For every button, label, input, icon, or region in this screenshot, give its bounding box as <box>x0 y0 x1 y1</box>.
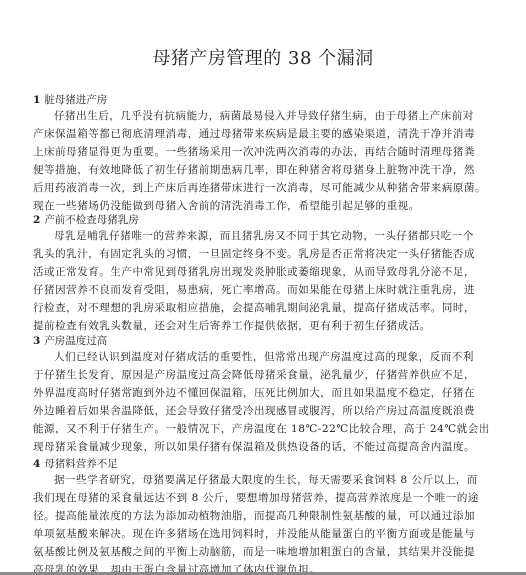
paragraph-line: 我们现在母猪的采食量远达不到 8 公斤，要想增加母猪营养，提高营养浓度是一个唯一… <box>33 489 493 507</box>
paragraph-line: 后用药液消毒一次，到上产床后再连猪带床进行一次消毒，尽可能减少从种猪舍带来病原菌… <box>33 179 493 197</box>
section-number: 2 <box>33 214 40 226</box>
section-3: 3产房温度过高 人们已经认识到温度对仔猪成活的重要性，但常常出现产房温度过高的现… <box>33 334 493 456</box>
section-number: 3 <box>33 335 40 347</box>
paragraph-line: 外边睡着后如果舍温降低，还会导致仔猪受冷出现感冒或腹泻，所以给产房过高温度既浪费 <box>33 402 493 420</box>
paragraph-line: 仔猪出生后，几乎没有抗病能力，病菌最易侵入并导致仔猪生病，由于母猪上产床前对 <box>33 107 493 125</box>
paragraph-line: 上床前母猪显得更为重要。一些猪场采用一次冲洗两次消毒的办法，再结合随时清理母猪粪 <box>33 143 493 161</box>
paragraph-line: 据一些学者研究，母猪要满足仔猪最大限度的生长，每天需要采食饲料 8 公斤以上，而 <box>33 471 493 489</box>
section-number: 4 <box>33 458 40 470</box>
section-2: 2产前不检查母猪乳房 母乳是哺乳仔猪唯一的营养来源，而且猪乳房又不同于其它动物，… <box>33 213 493 335</box>
page-title: 母猪产房管理的 38 个漏洞 <box>0 44 526 70</box>
paragraph-line: 现母猪采食量减少现象，所以如果仔猪有保温箱及供热设备的话，不能过高提高舍内温度。 <box>33 438 493 456</box>
section-1: 1脏母猪进产房 仔猪出生后，几乎没有抗病能力，病菌最易侵入并导致仔猪生病，由于母… <box>33 93 493 215</box>
paragraph-line: 便等措施，有效地降低了初生仔猪前期患病几率，即在种猪舍将母猪身上脏物冲洗干净，然 <box>33 161 493 179</box>
section-number: 1 <box>33 94 40 106</box>
paragraph-line: 外界温度高时仔猪常跑到外边不懂回保温箱，压死比例加大，而且如果温度不稳定，仔猪在 <box>33 384 493 402</box>
paragraph-line: 母乳是哺乳仔猪唯一的营养来源，而且猪乳房又不同于其它动物，一头仔猪都只吃一个 <box>33 227 493 245</box>
section-heading: 1脏母猪进产房 <box>33 93 493 107</box>
paragraph-line: 活或正常发育。生产中常见到母猪乳房出现发炎肿胀或萎缩现象，从而导致母乳分泌不足， <box>33 263 493 281</box>
paragraph-line: 人们已经认识到温度对仔猪成活的重要性，但常常出现产房温度过高的现象，反而不利 <box>33 348 493 366</box>
paragraph-line: 乳头的乳汁，有固定乳头的习惯，一旦固定终身不变。乳房是否正常将决定一头仔猪能否成 <box>33 245 493 263</box>
paragraph-line: 氨基酸比例及氨基酸之间的平衡上动脑筋，而是一味地增加粗蛋白的含量，其结果并没能提 <box>33 543 493 561</box>
section-title: 脏母猪进产房 <box>44 94 107 106</box>
paragraph-line: 单项氨基酸来解决。现在许多猪场在选用饲料时，并没能从能量蛋白的平衡方面或是能量与 <box>33 525 493 543</box>
document-page: 母猪产房管理的 38 个漏洞 1脏母猪进产房 仔猪出生后，几乎没有抗病能力，病菌… <box>0 0 526 575</box>
paragraph-line: 径。提高能量浓度的方法为添加动植物油脂，而提高几种限制性氨基酸的量，可以通过添加 <box>33 507 493 525</box>
section-4: 4母猪料营养不足 据一些学者研究，母猪要满足仔猪最大限度的生长，每天需要采食饲料… <box>33 457 493 575</box>
paragraph-line: 于仔猪生长发育，原因是产房温度过高会降低母猪采食量，泌乳量少，仔猪营养供应不足， <box>33 366 493 384</box>
section-heading: 2产前不检查母猪乳房 <box>33 213 493 227</box>
paragraph-line: 产床保温箱等都已彻底清理消毒，通过母猪带来疾病是最主要的感染渠道，清洗干净并消毒 <box>33 125 493 143</box>
paragraph-line: 行检查，对不理想的乳房采取相应措施，会提高哺乳期间泌乳量，提高仔猪成活率。同时， <box>33 299 493 317</box>
paragraph-line: 能源，又不利于仔猪生产。一般情况下，产房温度在 18℃-22℃比较合理，高于 2… <box>33 420 493 438</box>
paragraph-line: 提前检查有效乳头数量，还会对生后寄养工作提供依据，更有利于初生仔猪成活。 <box>33 317 493 335</box>
section-heading: 4母猪料营养不足 <box>33 457 493 471</box>
section-title: 产房温度过高 <box>44 335 107 347</box>
section-title: 产前不检查母猪乳房 <box>44 214 139 226</box>
section-heading: 3产房温度过高 <box>33 334 493 348</box>
section-title: 母猪料营养不足 <box>44 458 118 470</box>
paragraph-line: 仔猪因营养不良而发育受阻，易患病，死亡率增高。而如果能在母猪上床时就注重乳房，进 <box>33 281 493 299</box>
